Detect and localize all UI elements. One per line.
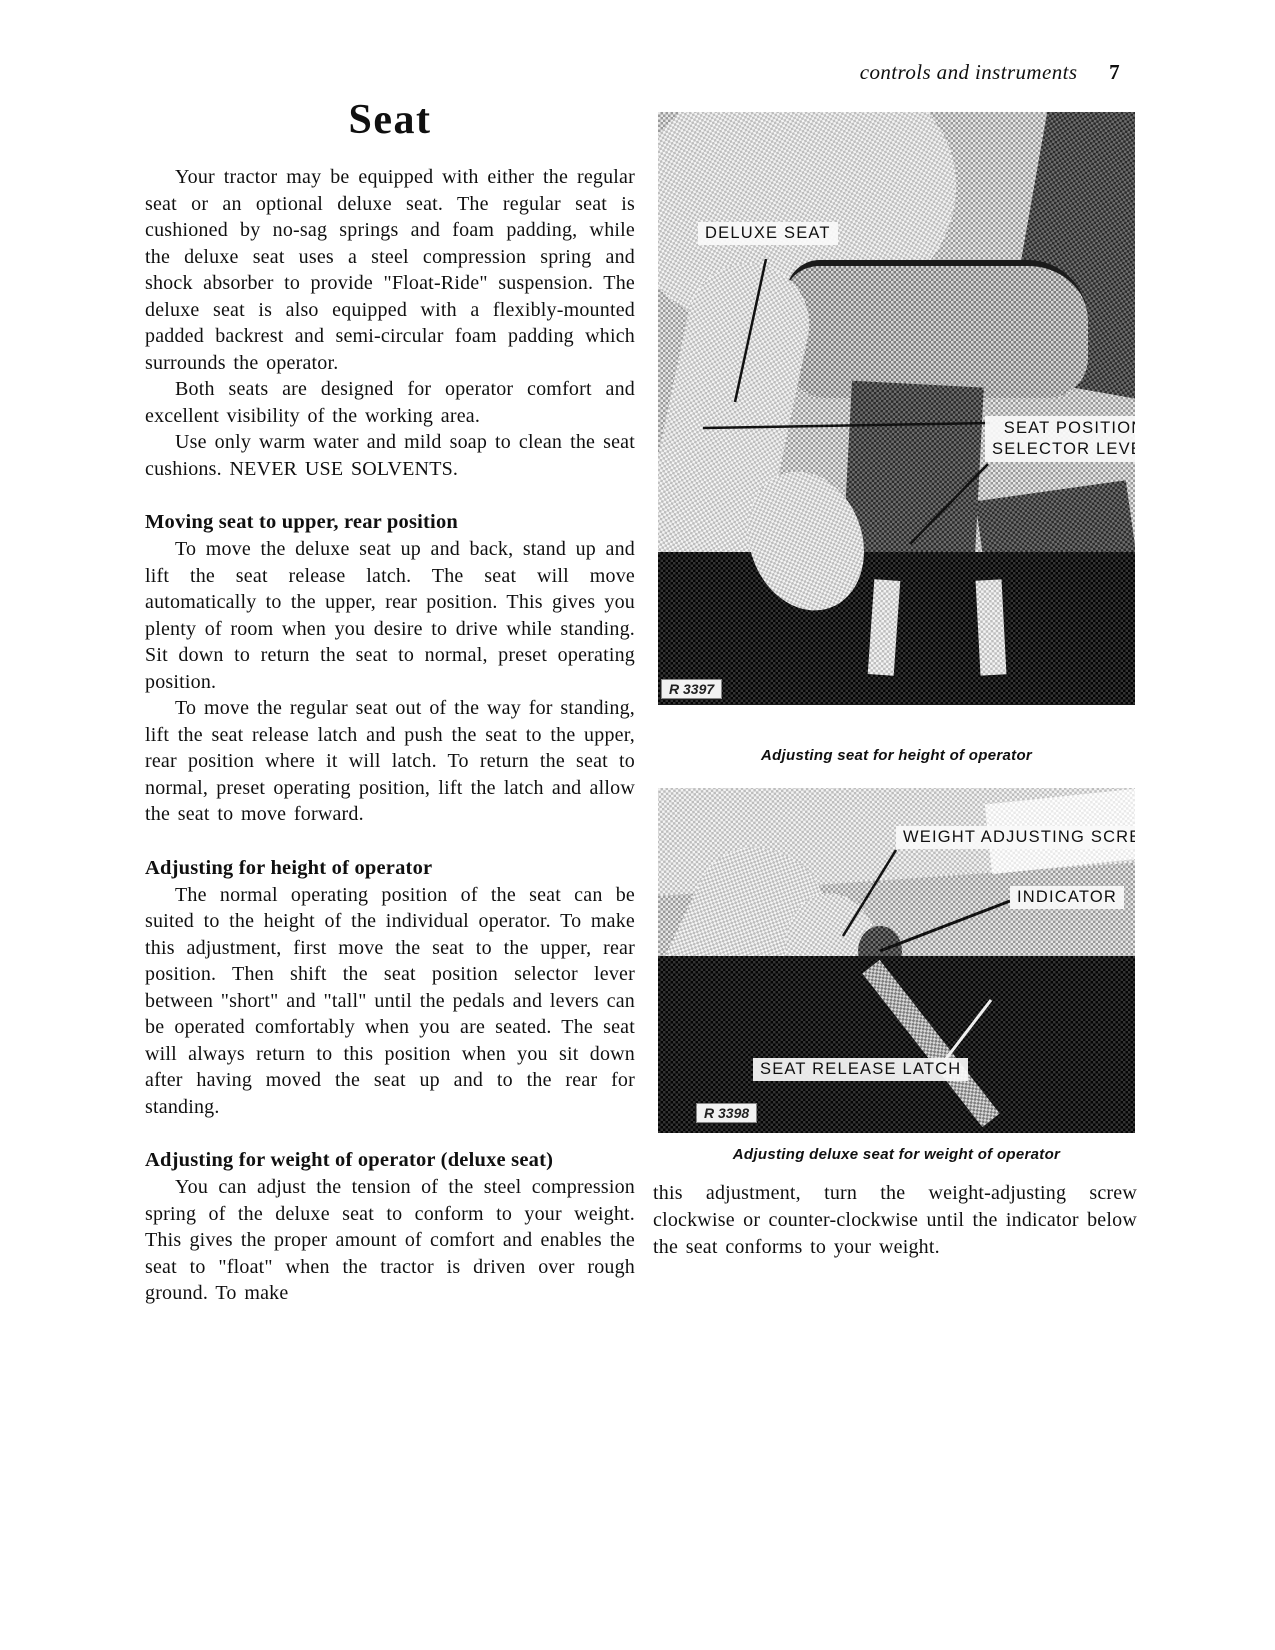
photo-ref-number: R 3398 — [696, 1103, 757, 1123]
figure1-caption: Adjusting seat for height of operator — [658, 747, 1135, 764]
section-heading: Moving seat to upper, rear position — [145, 509, 635, 536]
section-moving-seat: Moving seat to upper, rear position To m… — [145, 509, 635, 828]
section-paragraph: To move the deluxe seat up and back, sta… — [145, 536, 635, 695]
continuation-paragraph: this adjustment, turn the weight-adjusti… — [653, 1180, 1137, 1261]
figure1-leader-lines — [658, 112, 1135, 705]
left-column: Seat Your tractor may be equipped with e… — [145, 96, 635, 1307]
running-header: controls and instruments 7 — [600, 60, 1120, 85]
section-weight-adjust: Adjusting for weight of operator (deluxe… — [145, 1147, 635, 1307]
section-paragraph: You can adjust the tension of the steel … — [145, 1174, 635, 1307]
intro-paragraph: Use only warm water and mild soap to cle… — [145, 429, 635, 482]
label-seat-position-line2: SELECTOR LEVER — [992, 439, 1135, 460]
section-paragraph: To move the regular seat out of the way … — [145, 695, 635, 828]
page-title: Seat — [145, 96, 635, 144]
label-deluxe-seat: DELUXE SEAT — [698, 222, 838, 245]
figure2-caption: Adjusting deluxe seat for weight of oper… — [658, 1146, 1135, 1163]
section-paragraph: The normal operating position of the sea… — [145, 882, 635, 1121]
label-seat-position-line1: SEAT POSITION — [992, 418, 1135, 439]
figure-weight-adjust-photo: WEIGHT ADJUSTING SCREW INDICATOR SEAT RE… — [658, 788, 1135, 1133]
label-indicator: INDICATOR — [1010, 886, 1124, 909]
intro-paragraph: Both seats are designed for operator com… — [145, 376, 635, 429]
figure-height-adjust-photo: DELUXE SEAT SEAT POSITION SELECTOR LEVER… — [658, 112, 1135, 705]
section-heading: Adjusting for height of operator — [145, 855, 635, 882]
section-height-adjust: Adjusting for height of operator The nor… — [145, 855, 635, 1121]
label-seat-release-latch: SEAT RELEASE LATCH — [753, 1058, 968, 1081]
running-header-title: controls and instruments — [860, 60, 1078, 84]
label-seat-position-selector: SEAT POSITION SELECTOR LEVER — [985, 416, 1135, 462]
manual-page: controls and instruments 7 Seat Your tra… — [0, 0, 1275, 1650]
intro-paragraph: Your tractor may be equipped with either… — [145, 164, 635, 376]
label-weight-adjusting-screw: WEIGHT ADJUSTING SCREW — [896, 826, 1135, 849]
photo-ref-number: R 3397 — [661, 679, 722, 699]
section-heading: Adjusting for weight of operator (deluxe… — [145, 1147, 635, 1174]
intro-block: Your tractor may be equipped with either… — [145, 164, 635, 482]
page-number: 7 — [1109, 60, 1120, 84]
